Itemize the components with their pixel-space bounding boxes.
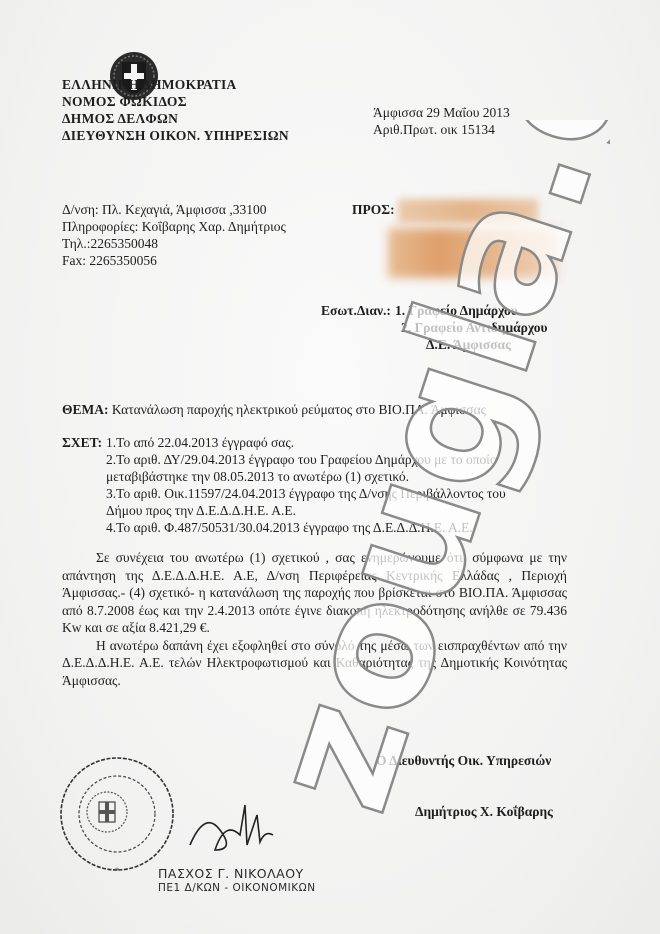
stamp-signer-name: ΠΑΣΧΟΣ Γ. ΝΙΚΟΛΑΟΥ [158,866,304,881]
stamp-signer-role: ΠΕ1 Δ/ΚΩΝ - ΟΙΚΟΝΟΜΙΚΩΝ [158,882,316,894]
reference-4: 4.Το αριθ. Φ.487/50531/30.04.2013 έγγραφ… [106,519,473,536]
reference-1: 1.Το από 22.04.2013 έγγραφό σας. [106,434,294,451]
body-paragraph-1: Σε συνέχεια του ανωτέρω (1) σχετικού , σ… [62,549,567,637]
internal-distribution-label: Εσωτ.Διαν.: [321,302,391,319]
header-line-municipality: ΔΗΜΟΣ ΔΕΛΦΩΝ [62,110,178,127]
recipient-label: ΠΡΟΣ: [352,201,395,218]
document-page: ΕΛΛΗΝΙΚΗ ΔΗΜΟΚΡΑΤΙΑ ΝΟΜΟΣ ΦΩΚΙΔΟΣ ΔΗΜΟΣ … [0,0,660,934]
subject-text: Κατανάλωση παροχής ηλεκτρικού ρεύματος σ… [109,402,487,417]
redacted-recipient-line-1 [398,199,538,223]
internal-distribution-item-2: 2. Γραφείο Αντιδημάρχου [401,319,547,336]
place-date: Άμφισσα 29 Μαΐου 2013 [373,104,510,121]
reference-3-cont: Δήμου προς την Δ.Ε.Δ.Δ.Η.Ε. Α.Ε. [106,502,296,519]
municipal-seal-stamp-icon: * [55,752,175,882]
header-line-prefecture: ΝΟΜΟΣ ΦΩΚΙΔΟΣ [62,93,187,110]
contact-fax: Fax: 2265350056 [62,252,157,269]
reference-3: 3.Το αριθ. Οικ.11597/24.04.2013 έγγραφο … [106,485,506,502]
reference-2-cont: μεταβιβάστηκε την 08.05.2013 το ανωτέρω … [106,468,409,485]
signature-title: Ο Διευθυντής Οικ. Υπηρεσιών [376,752,551,769]
signature-name: Δημήτριος Χ. Κοΐβαρης [415,803,553,820]
contact-phone: Τηλ.:2265350048 [62,235,158,252]
body-text: Σε συνέχεια του ανωτέρω (1) σχετικού , σ… [62,549,567,689]
contact-address: Δ/νση: Πλ. Κεχαγιά, Άμφισσα ,33100 [62,201,266,218]
contact-info: Πληροφορίες: Κοΐβαρης Χαρ. Δημήτριος [62,218,286,235]
svg-text:*: * [115,866,120,876]
redacted-recipient-line-2 [388,228,558,278]
internal-distribution-item-3: Δ.Ε. Άμφισσας [426,336,511,353]
references-label: ΣΧΕΤ: [62,434,102,451]
handwritten-signature-icon [185,800,285,860]
header-line-department: ΔΙΕΥΘΥΝΣΗ ΟΙΚΟΝ. ΥΠΗΡΕΣΙΩΝ [62,127,289,144]
subject-label: ΘΕΜΑ: [62,402,109,417]
protocol-number: Αριθ.Πρωτ. οικ 15134 [373,121,495,138]
body-paragraph-2: Η ανωτέρω δαπάνη έχει εξοφληθεί στο σύνο… [62,637,567,690]
subject-line: ΘΕΜΑ: Κατανάλωση παροχής ηλεκτρικού ρεύμ… [62,401,486,418]
header-line-republic: ΕΛΛΗΝΙΚΗ ΔΗΜΟΚΡΑΤΙΑ [62,76,237,93]
reference-2: 2.Το αριθ. ΔΥ/29.04.2013 έγγραφο του Γρα… [106,451,497,468]
internal-distribution-item-1: 1. Γραφείο Δημάρχου [395,302,518,319]
